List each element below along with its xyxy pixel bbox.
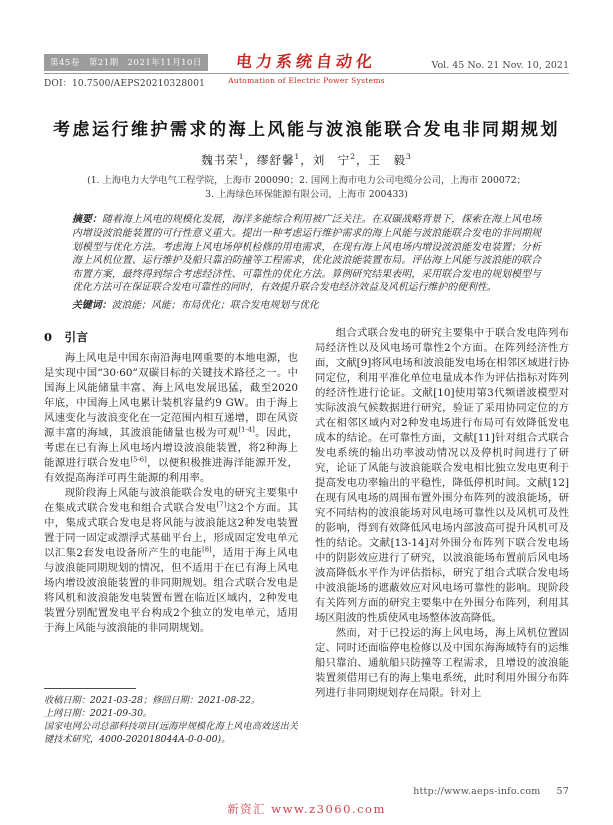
abstract-label: 摘要： — [72, 214, 102, 225]
related-work-paragraph: 组合式联合发电的研究主要集中于联合发电阵列布局经济性以及风电场可靠性2个方面。在… — [315, 326, 569, 626]
right-column: 组合式联合发电的研究主要集中于联合发电阵列布局经济性以及风电场可靠性2个方面。在… — [315, 326, 569, 749]
affiliation-line-2: 3. 上海绿色环保能源有限公司，上海市 200433) — [44, 188, 569, 201]
author-line: 魏书荣1，缪舒馨1，刘 宁2，王 毅3 — [44, 152, 569, 168]
watermark-text: 新资汇 www.z3060.com — [0, 801, 613, 817]
doi-text: DOI：10.7500/AEPS20210328001 — [44, 76, 205, 89]
page-number: 57 — [557, 786, 570, 797]
volume-info: Vol. 45 No. 21 Nov. 10, 2021 — [431, 60, 569, 71]
keywords-text: 波浪能；风能；布局优化；联合发电规划与优化 — [112, 300, 319, 311]
section-number: 0 — [44, 330, 53, 344]
body-columns: 0引言 海上风电是中国东南沿海电网重要的本地电源，也是实现中国“30·60”双碳… — [44, 326, 569, 749]
journal-header: 第45卷 第21期 2021年11月10日 电力系统自动化 Vol. 45 No… — [44, 54, 569, 89]
header-top-row: 第45卷 第21期 2021年11月10日 电力系统自动化 Vol. 45 No… — [44, 54, 569, 74]
keywords-label: 关键词： — [72, 300, 112, 311]
motivation-paragraph: 然而，对于已投运的海上风电场，海上风机位置固定、同时还面临停电检修以及中国东海海… — [315, 626, 569, 701]
journal-logo-cn: 电力系统自动化 — [236, 54, 378, 71]
header-bottom-row: DOI：10.7500/AEPS20210328001 Automation o… — [44, 76, 569, 89]
footnote-funding: 国家电网公司总部科技项目(远海岸规模化海上风电高效送出关键技术研究，4000-2… — [44, 720, 298, 746]
journal-url: http://www.aeps-info.com — [413, 786, 540, 797]
footnote-received-date: 收稿日期：2021-03-28；修回日期：2021-08-22。 — [44, 694, 298, 707]
footnote-divider — [44, 688, 136, 689]
footer-info: http://www.aeps-info.com57 — [413, 786, 569, 797]
left-column: 0引言 海上风电是中国东南沿海电网重要的本地电源，也是实现中国“30·60”双碳… — [44, 326, 298, 749]
intro-paragraph-2: 现阶段海上风能与波浪能联合发电的研究主要集中在集成式联合发电和组合式联合发电[7… — [44, 486, 298, 636]
section-title: 引言 — [65, 330, 89, 344]
journal-name-en: Automation of Electric Power Systems — [228, 76, 385, 85]
keywords: 关键词：波浪能；风能；布局优化；联合发电规划与优化 — [72, 299, 541, 313]
abstract: 摘要：随着海上风电的规模化发展，海洋多能综合利用被广泛关注。在双碳战略背景下，探… — [72, 213, 541, 295]
section-heading-intro: 0引言 — [44, 329, 298, 345]
abstract-text: 随着海上风电的规模化发展，海洋多能综合利用被广泛关注。在双碳战略背景下，探索在海… — [72, 214, 541, 293]
footnote-online-date: 上网日期：2021-09-30。 — [44, 707, 298, 720]
affiliation-line-1: (1. 上海电力大学电气工程学院，上海市 200090；2. 国网上海市电力公司… — [44, 174, 569, 187]
footnote-block: 收稿日期：2021-03-28；修回日期：2021-08-22。 上网日期：20… — [44, 688, 298, 749]
affiliations: (1. 上海电力大学电气工程学院，上海市 200090；2. 国网上海市电力公司… — [44, 174, 569, 201]
issue-info-badge: 第45卷 第21期 2021年11月10日 — [44, 54, 208, 71]
paper-page: 第45卷 第21期 2021年11月10日 电力系统自动化 Vol. 45 No… — [0, 0, 613, 825]
intro-paragraph-1: 海上风电是中国东南沿海电网重要的本地电源，也是实现中国“30·60”双碳目标的关… — [44, 351, 298, 486]
paper-title: 考虑运行维护需求的海上风能与波浪能联合发电非同期规划 — [44, 119, 569, 141]
